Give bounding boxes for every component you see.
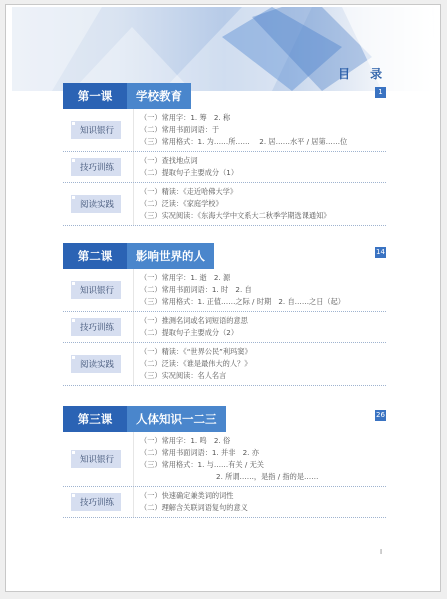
toc-entry[interactable]: （三）实况阅读：《东海大学中文系大二秋季学期选课通知》 [140,210,330,222]
page-folio: I [380,548,382,556]
toc-entry[interactable]: （二）提取句子主要成分（1） [140,167,238,179]
toc-entry[interactable]: （一）精读：《走近哈佛大学》 [140,186,330,198]
lesson-1: 第一课 学校教育 1 知识银行 （一）常用字：1. 筹 2. 称 （二）常用书面… [63,83,386,226]
section-label: 知识银行 [71,281,121,299]
toc-entry[interactable]: （三）常用格式：1. 为……所…… 2. 居……水平 / 居第……位 [140,136,347,148]
section-skill-training: 技巧训练 （一）快速确定兼类词的词性 （二）理解含关联词语复句的意义 [63,487,386,518]
toc-entry[interactable]: （二）常用书面词语：1. 时 2. 自 [140,284,345,296]
lesson-3: 第三课 人体知识一二三 26 知识银行 （一）常用字：1. 鸣 2. 俗 （二）… [63,406,386,518]
toc-entry[interactable]: （一）常用字：1. 鸣 2. 俗 [140,435,318,447]
toc-entry[interactable]: （二）泛读：《谁是最伟大的人？》 [140,358,252,370]
toc-entry[interactable]: （一）常用字：1. 逝 2. 源 [140,272,345,284]
section-knowledge-bank: 知识银行 （一）常用字：1. 筹 2. 称 （二）常用书面词语：于 （三）常用格… [63,109,386,152]
section-label: 阅读实践 [71,355,121,373]
toc-entry[interactable]: （二）常用书面词语：于 [140,124,347,136]
toc-entry[interactable]: （二）泛读：《家庭学校》 [140,198,330,210]
lesson-number: 第二课 [63,243,127,269]
toc-entry[interactable]: （二）提取句子主要成分（2） [140,327,248,339]
page-number-badge[interactable]: 26 [375,410,386,421]
lesson-title: 人体知识一二三 [127,406,226,432]
lesson-header[interactable]: 第一课 学校教育 1 [63,83,386,109]
lesson-number: 第一课 [63,83,127,109]
lesson-2: 第二课 影响世界的人 14 知识银行 （一）常用字：1. 逝 2. 源 （二）常… [63,243,386,386]
document-page: 目 录 第一课 学校教育 1 知识银行 （一）常用字：1. 筹 2. 称 （二）… [5,4,441,592]
toc-entry[interactable]: （一）精读：《“世界公民”利玛窦》 [140,346,252,358]
lesson-title: 学校教育 [127,83,191,109]
toc-entry[interactable]: （一）常用字：1. 筹 2. 称 [140,112,347,124]
toc-entry[interactable]: （二）理解含关联词语复句的意义 [140,502,248,514]
section-label: 技巧训练 [71,493,121,511]
section-reading-practice: 阅读实践 （一）精读：《走近哈佛大学》 （二）泛读：《家庭学校》 （三）实况阅读… [63,183,386,226]
toc-entry[interactable]: （二）常用书面词语：1. 并非 2. 亦 [140,447,318,459]
section-knowledge-bank: 知识银行 （一）常用字：1. 逝 2. 源 （二）常用书面词语：1. 时 2. … [63,269,386,312]
toc-entry[interactable]: （三）实况阅读：名人名言 [140,370,252,382]
section-label: 阅读实践 [71,195,121,213]
section-reading-practice: 阅读实践 （一）精读：《“世界公民”利玛窦》 （二）泛读：《谁是最伟大的人？》 … [63,343,386,386]
lesson-header[interactable]: 第二课 影响世界的人 14 [63,243,386,269]
toc-entry[interactable]: （一）推测名词或名词短语的意思 [140,315,248,327]
page-number-badge[interactable]: 14 [375,247,386,258]
toc-entry[interactable]: （一）查找地点词 [140,155,238,167]
toc-entry[interactable]: 2. 所谓……，是指 / 指的是…… [140,471,318,483]
toc-entry[interactable]: （一）快速确定兼类词的词性 [140,490,248,502]
section-knowledge-bank: 知识银行 （一）常用字：1. 鸣 2. 俗 （二）常用书面词语：1. 并非 2.… [63,432,386,487]
toc-entry[interactable]: （三）常用格式：1. 正值……之际 / 时期 2. 自……之日（起） [140,296,345,308]
toc-entry[interactable]: （三）常用格式：1. 与……有关 / 无关 [140,459,318,471]
section-skill-training: 技巧训练 （一）推测名词或名词短语的意思 （二）提取句子主要成分（2） [63,312,386,343]
lesson-title: 影响世界的人 [127,243,214,269]
toc-title: 目 录 [338,65,390,82]
lesson-number: 第三课 [63,406,127,432]
page-number-badge[interactable]: 1 [375,87,386,98]
lesson-header[interactable]: 第三课 人体知识一二三 26 [63,406,386,432]
section-label: 技巧训练 [71,318,121,336]
section-skill-training: 技巧训练 （一）查找地点词 （二）提取句子主要成分（1） [63,152,386,183]
section-label: 技巧训练 [71,158,121,176]
section-label: 知识银行 [71,121,121,139]
section-label: 知识银行 [71,450,121,468]
